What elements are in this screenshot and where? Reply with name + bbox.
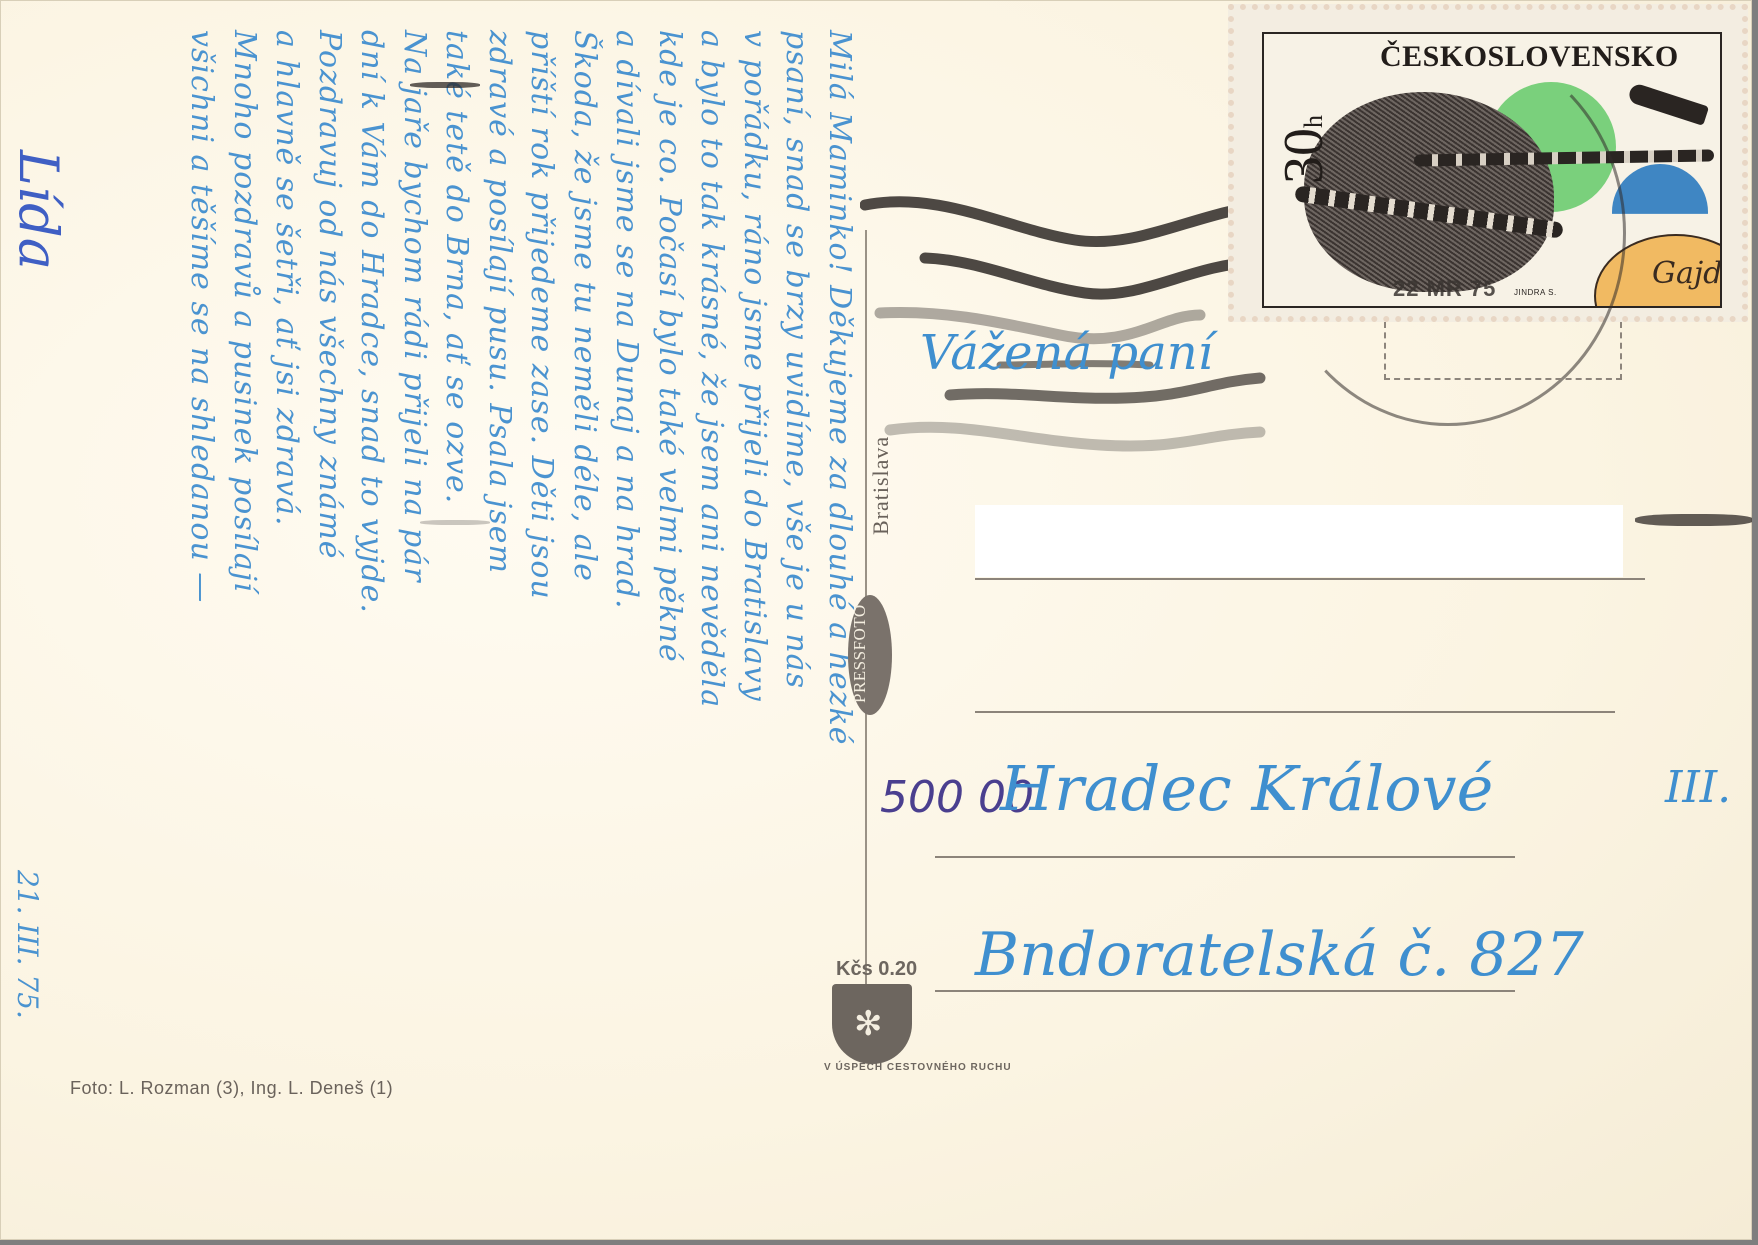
address-salutation: Vážená paní	[920, 325, 1213, 381]
message-line: psaní, snad se brzy uvidíme, vše je u ná…	[775, 30, 818, 1090]
pressfoto-logo: PRESSFOTO	[848, 595, 892, 715]
message-line: a dívali jsme se na Dunaj a na hrad.	[605, 30, 648, 1090]
message-line: dní k Vám do Hradce, snad to vyjde.	[350, 30, 393, 1090]
photo-credit: Foto: L. Rozman (3), Ing. L. Deneš (1)	[70, 1078, 393, 1099]
scan-edge	[1752, 0, 1758, 1245]
address-line-3	[935, 856, 1515, 858]
stamp-placement-box	[1384, 322, 1622, 380]
address-line-4	[935, 990, 1515, 992]
message-line: Pozdravuj od nás všechny známé	[308, 30, 351, 1090]
message-line: a hlavně se šetři, ať jsi zdravá.	[265, 30, 308, 1090]
message-line: Na jaře bychom rádi přijeli na pár	[393, 30, 436, 1090]
message-line: příští rok přijedeme zase. Děti jsou	[520, 30, 563, 1090]
ink-smudge	[410, 82, 480, 88]
ink-smudge	[420, 520, 490, 525]
message-line: Škoda, že jsme tu neměli déle, ale	[563, 30, 606, 1090]
cancellation-mark	[1635, 514, 1752, 526]
postmark-date: 22 MR 75	[1393, 276, 1496, 302]
address-line-2	[975, 711, 1615, 713]
handwritten-message: Milá Maminko! Děkujeme za dlouhé a hezké…	[180, 30, 860, 1090]
address-line-1	[975, 578, 1645, 580]
message-line: Mnoho pozdravů a pusinek posílají	[223, 30, 266, 1090]
message-line: kde je co. Počasí bylo také velmi pěkné	[648, 30, 691, 1090]
message-date: 21. III. 75.	[11, 870, 44, 1019]
bagpipe-horn-icon	[1627, 82, 1709, 126]
signature: Lída	[7, 150, 70, 270]
address-district: III.	[1665, 762, 1731, 813]
message-line: a bylo to tak krásné, že jsem ani nevědě…	[690, 30, 733, 1090]
price-mark: Kčs 0.20	[836, 958, 917, 981]
wavy-cancellation	[860, 150, 1280, 470]
scan-edge	[0, 1240, 1758, 1245]
recipient-name-redacted	[975, 505, 1623, 577]
stamp-inscription: Gajdy	[1652, 256, 1722, 291]
message-line: v pořádku, ráno jsme přijeli do Bratisla…	[733, 30, 776, 1090]
message-line: všichni a těšíme se na shledanou —	[180, 30, 223, 1090]
message-line: Milá Maminko! Děkujeme za dlouhé a hezké	[818, 30, 861, 1090]
message-line: také tetě do Brna, ať se ozve.	[435, 30, 478, 1090]
pressfoto-logo-text: PRESSFOTO	[850, 604, 870, 703]
address-street: Bndoratelská č. 827	[975, 920, 1584, 990]
emblem-text: V ÚSPECH CESTOVNÉHO RUCHU	[824, 1062, 1012, 1073]
tourism-emblem: Kčs 0.20 ✻ V ÚSPECH CESTOVNÉHO RUCHU	[820, 950, 940, 1080]
address-city: Hradec Králové	[1000, 752, 1493, 825]
postcard-back: Milá Maminko! Děkujeme za dlouhé a hezké…	[0, 0, 1752, 1240]
edelweiss-icon: ✻	[854, 1008, 883, 1042]
message-line: zdravé a posílají pusu. Psala jsem	[478, 30, 521, 1090]
